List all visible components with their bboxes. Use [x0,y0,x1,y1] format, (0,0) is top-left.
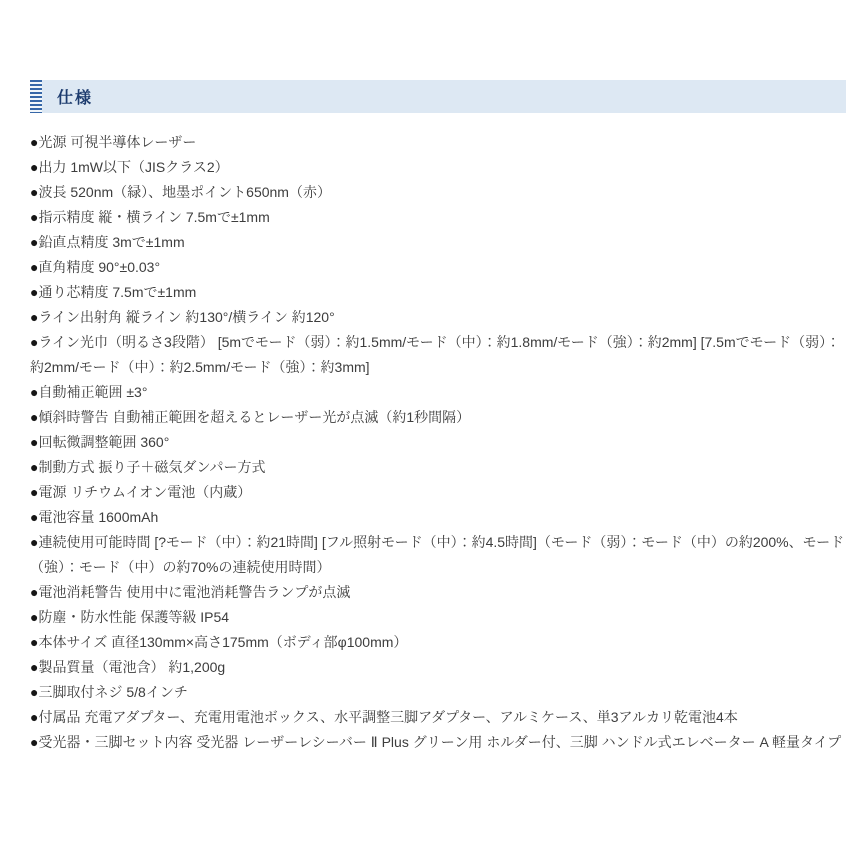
spec-item: ●防塵・防水性能 保護等級 IP54 [30,605,846,630]
spec-item: ●直角精度 90°±0.03° [30,255,846,280]
spec-text: 光源 可視半導体レーザー [38,134,196,150]
spec-text: 自動補正範囲 ±3° [38,384,147,400]
spec-text: 連続使用可能時間 [?モード（中）：約21時間] [フル照射モード（中）：約4.… [30,534,844,575]
spec-text: 受光器・三脚セット内容 受光器 レーザーレシーバー Ⅱ Plus グリーン用 ホ… [38,734,841,750]
spec-text: ライン光巾（明るさ3段階） [5mでモード（弱）：約1.5mm/モード（中）：約… [30,334,840,375]
spec-text: 出力 1mW以下（JISクラス2） [38,159,228,175]
spec-list: ●光源 可視半導体レーザー ●出力 1mW以下（JISクラス2） ●波長 520… [30,130,846,755]
spec-item: ●出力 1mW以下（JISクラス2） [30,155,846,180]
spec-item: ●ライン出射角 縦ライン 約130°/横ライン 約120° [30,305,846,330]
spec-item: ●連続使用可能時間 [?モード（中）：約21時間] [フル照射モード（中）：約4… [30,530,846,580]
spec-item: ●受光器・三脚セット内容 受光器 レーザーレシーバー Ⅱ Plus グリーン用 … [30,730,846,755]
spec-text: 制動方式 振り子＋磁気ダンパー方式 [38,459,265,475]
spec-text: 回転微調整範囲 360° [38,434,169,450]
spec-item: ●本体サイズ 直径130mm×高さ175mm（ボディ部φ100mm） [30,630,846,655]
spec-text: 本体サイズ 直径130mm×高さ175mm（ボディ部φ100mm） [38,634,407,650]
spec-text: 直角精度 90°±0.03° [38,259,160,275]
section-header: 仕様 [30,80,846,113]
spec-section: 仕様 ●光源 可視半導体レーザー ●出力 1mW以下（JISクラス2） ●波長 … [30,80,846,755]
spec-text: 製品質量（電池含） 約1,200g [38,659,225,675]
spec-text: 電源 リチウムイオン電池（内蔵） [38,484,251,500]
spec-item: ●自動補正範囲 ±3° [30,380,846,405]
spec-text: 三脚取付ネジ 5/8インチ [38,684,187,700]
spec-item: ●電池消耗警告 使用中に電池消耗警告ランプが点滅 [30,580,846,605]
spec-text: 鉛直点精度 3mで±1mm [38,234,184,250]
spec-item: ●鉛直点精度 3mで±1mm [30,230,846,255]
spec-text: 通り芯精度 7.5mで±1mm [38,284,196,300]
striped-lines-icon [30,80,42,113]
spec-item: ●回転微調整範囲 360° [30,430,846,455]
spec-text: 電池消耗警告 使用中に電池消耗警告ランプが点滅 [38,584,350,600]
spec-item: ●製品質量（電池含） 約1,200g [30,655,846,680]
spec-item: ●三脚取付ネジ 5/8インチ [30,680,846,705]
spec-item: ●電源 リチウムイオン電池（内蔵） [30,480,846,505]
spec-item: ●波長 520nm（緑）、地墨ポイント650nm（赤） [30,180,846,205]
spec-item: ●傾斜時警告 自動補正範囲を超えるとレーザー光が点滅（約1秒間隔） [30,405,846,430]
spec-text: 波長 520nm（緑）、地墨ポイント650nm（赤） [38,184,331,200]
spec-text: 傾斜時警告 自動補正範囲を超えるとレーザー光が点滅（約1秒間隔） [38,409,470,425]
spec-item: ●通り芯精度 7.5mで±1mm [30,280,846,305]
spec-item: ●ライン光巾（明るさ3段階） [5mでモード（弱）：約1.5mm/モード（中）：… [30,330,846,380]
spec-text: 付属品 充電アダプター、充電用電池ボックス、水平調整三脚アダプター、アルミケース… [38,709,737,725]
spec-item: ●指示精度 縦・横ライン 7.5mで±1mm [30,205,846,230]
spec-item: ●付属品 充電アダプター、充電用電池ボックス、水平調整三脚アダプター、アルミケー… [30,705,846,730]
section-title: 仕様 [57,85,93,108]
spec-item: ●電池容量 1600mAh [30,505,846,530]
spec-item: ●制動方式 振り子＋磁気ダンパー方式 [30,455,846,480]
spec-text: 指示精度 縦・横ライン 7.5mで±1mm [38,209,269,225]
spec-text: 電池容量 1600mAh [38,509,158,525]
spec-text: 防塵・防水性能 保護等級 IP54 [38,609,229,625]
spec-text: ライン出射角 縦ライン 約130°/横ライン 約120° [38,309,334,325]
spec-item: ●光源 可視半導体レーザー [30,130,846,155]
